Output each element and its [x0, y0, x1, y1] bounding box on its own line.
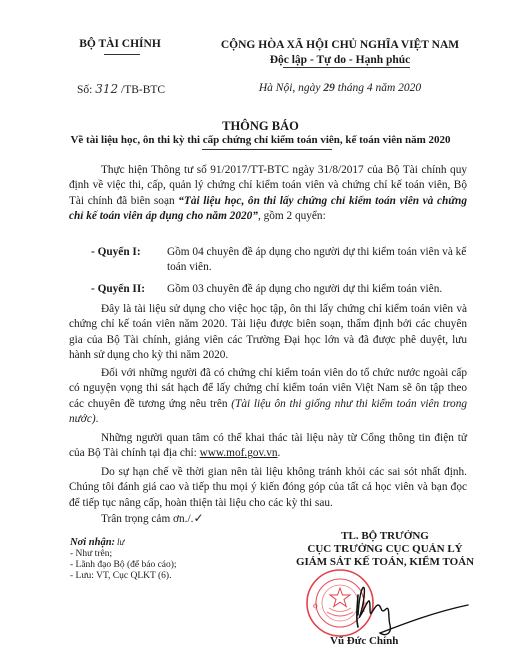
- date-day-handwritten: 29: [323, 82, 335, 94]
- place-date-suffix: tháng 4 năm 2020: [338, 82, 421, 94]
- recipients-initial-mark: lư: [117, 537, 124, 547]
- volume-item: - Quyển I: Gồm 04 chuyên đề áp dụng cho …: [91, 245, 467, 276]
- paragraph-intro: Thực hiện Thông tư số 91/2017/TT-BTC ngà…: [69, 163, 467, 225]
- volume-item: - Quyển II: Gồm 03 chuyên đề áp dụng cho…: [91, 282, 467, 297]
- signature-block: TL. BỘ TRƯỞNG CỤC TRƯỞNG CỤC QUẢN LÝ GIÁ…: [285, 530, 485, 569]
- document-number: Số: 312 /TB-BTC: [77, 82, 165, 96]
- purpose-text: Đây là tài liệu sử dụng cho việc học tập…: [69, 302, 467, 364]
- paragraph-feedback: Do sự hạn chế về thời gian nên tài liệu …: [69, 465, 467, 511]
- doc-number-suffix: /TB-BTC: [121, 84, 165, 96]
- issuing-organization: BỘ TÀI CHÍNH: [60, 38, 180, 50]
- place-and-date: Hà Nội, ngày 29 tháng 4 năm 2020: [215, 82, 465, 94]
- svg-text:Ộ: Ộ: [313, 602, 318, 610]
- feedback-text: Do sự hạn chế về thời gian nên tài liệu …: [69, 465, 467, 511]
- nation-name: CỘNG HÒA XÃ HỘI CHỦ NGHĨA VIỆT NAM: [215, 38, 465, 53]
- signer-title-line1: CỤC TRƯỞNG CỤC QUẢN LÝ: [285, 543, 485, 556]
- intro-end: , gồm 2 quyển:: [258, 210, 326, 222]
- access-end: .: [278, 447, 281, 459]
- organization-underline: [104, 54, 140, 55]
- recipients-heading: Nơi nhận:: [70, 537, 115, 548]
- mof-website-link[interactable]: www.mof.gov.vn: [200, 447, 278, 459]
- national-motto: Độc lập - Tự do - Hạnh phúc: [215, 53, 465, 68]
- doc-number-prefix: Số:: [77, 84, 92, 96]
- paragraph-access: Những người quan tâm có thể khai thác tà…: [69, 431, 467, 462]
- volume-label: - Quyển II:: [91, 282, 167, 297]
- national-heading: CỘNG HÒA XÃ HỘI CHỦ NGHĨA VIỆT NAM Độc l…: [215, 38, 465, 68]
- recipient-item: - Lưu: VT, Cục QLKT (6).: [70, 571, 177, 582]
- subtitle-underline: [202, 149, 332, 150]
- recipient-item: - Như trên;: [70, 549, 177, 560]
- place-date-prefix: Hà Nội, ngày: [259, 82, 321, 94]
- initial-check-icon: ✓: [193, 511, 203, 525]
- doc-number-handwritten: 312: [95, 82, 118, 96]
- paragraph-purpose: Đây là tài liệu sử dụng cho việc học tập…: [69, 302, 467, 364]
- recipient-item: - Lãnh đạo Bộ (để báo cáo);: [70, 560, 177, 571]
- paragraph-closing: Trân trọng cảm ơn./.✓: [69, 511, 467, 527]
- foreign-cert-end: .: [96, 413, 99, 425]
- volume-description: Gồm 04 chuyên đề áp dụng cho người dự th…: [167, 245, 467, 276]
- motto-underline: [283, 67, 410, 68]
- paragraph-foreign-certificates: Đối với những người đã có chứng chỉ kiểm…: [69, 366, 467, 428]
- volume-description: Gồm 03 chuyên đề áp dụng cho người dự th…: [167, 282, 467, 297]
- signer-authority: TL. BỘ TRƯỞNG: [285, 530, 485, 543]
- signer-title-line2: GIÁM SÁT KẾ TOÁN, KIỂM TOÁN: [285, 556, 485, 569]
- document-title: THÔNG BÁO: [0, 119, 521, 134]
- signer-name: Vũ Đức Chính: [330, 635, 398, 647]
- document-subtitle: Về tài liệu học, ôn thi kỳ thi cấp chứng…: [0, 134, 521, 146]
- volume-label: - Quyển I:: [91, 245, 167, 276]
- closing-text: Trân trọng cảm ơn./.: [101, 513, 193, 525]
- recipients-block: Nơi nhận:lư - Như trên; - Lãnh đạo Bộ (đ…: [70, 537, 177, 582]
